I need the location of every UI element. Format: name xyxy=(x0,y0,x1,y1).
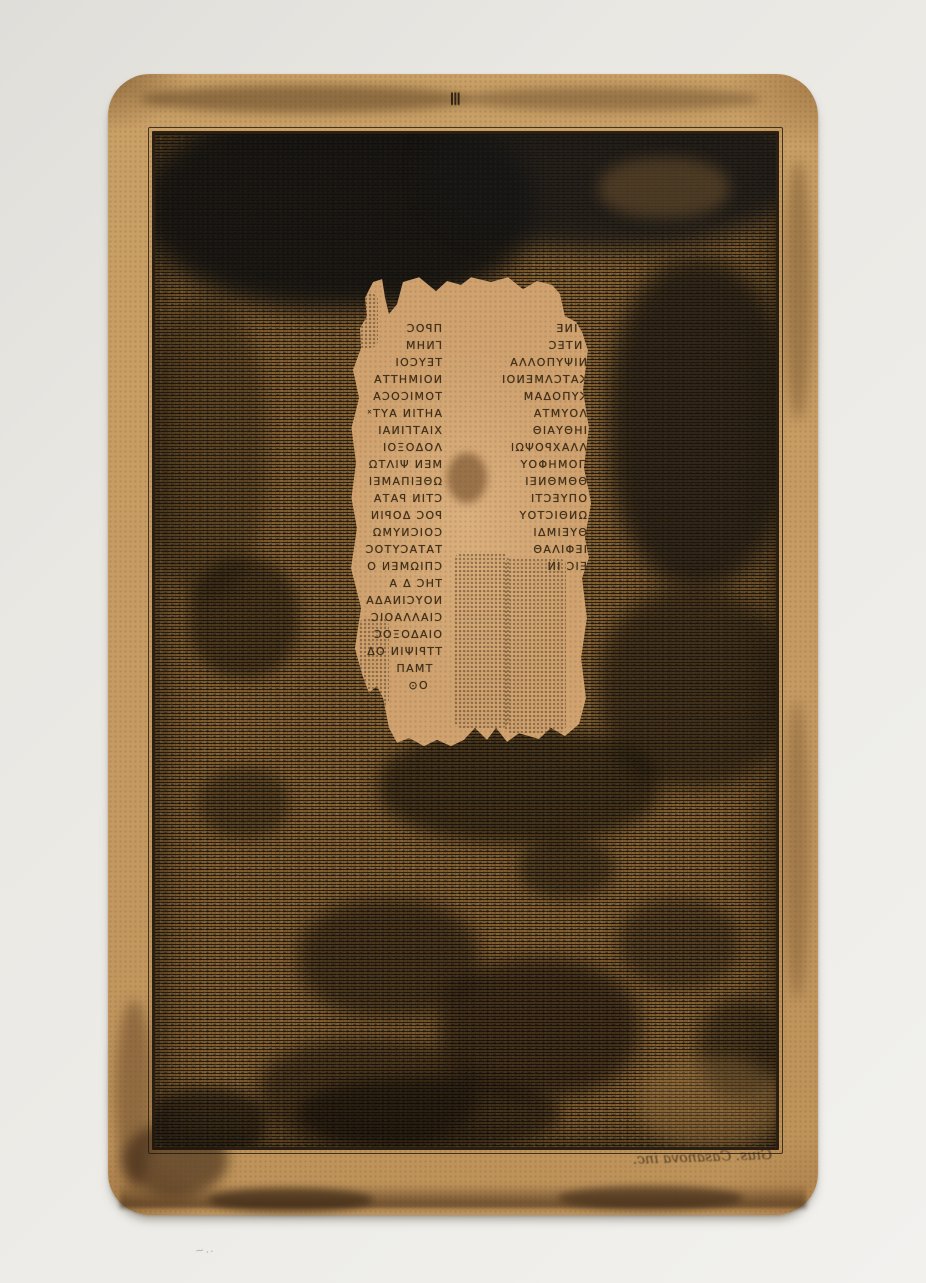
plate-stain xyxy=(784,160,812,420)
ink-stain xyxy=(619,898,739,988)
plate-number-mark: III xyxy=(450,90,460,110)
text-column-right: ΙΝΕ ΝΤΕϹΝΙΨΥΠΟΛΛΑΚΑΤϹΛΜΕΝΟΙΚΥΠΟΔΑΜΛΟΥΜΤΑ… xyxy=(461,320,587,575)
ink-stain xyxy=(189,558,299,678)
text-column-left: ΠΡΟϹΓΝΗΜΤΕΥϹΟΙΝΟΙΜΗΤΤΑΤΟΜΙϹΟϹΑΑΗΤΙΝ ΑΥΤˣ… xyxy=(354,320,442,694)
papyrus-text-line: ΘΘΜΘΝΕΙ xyxy=(461,473,587,490)
papyrus-text-line: ΤΟΜΙϹΟϹΑ xyxy=(354,388,442,405)
papyrus-text-line: ΠΟΜΗΦΟΥ xyxy=(461,456,587,473)
ink-stain xyxy=(519,838,614,898)
stipple-shading xyxy=(454,553,509,728)
papyrus-text-line: ΙΕΦΙΛΑΘ xyxy=(461,541,587,558)
ink-stain xyxy=(609,258,776,588)
engraved-field: ΠΡΟϹΓΝΗΜΤΕΥϹΟΙΝΟΙΜΗΤΤΑΤΟΜΙϹΟϹΑΑΗΤΙΝ ΑΥΤˣ… xyxy=(155,134,776,1147)
papyrus-text-line: ΤΤΡΙΨΙΝ ΟΔ xyxy=(354,643,442,660)
papyrus-text-line: ΑΗΤΙΝ ΑΥΤˣ xyxy=(354,405,442,422)
papyrus-text-line: ΛΟΔΟΞΟΙ xyxy=(354,439,442,456)
papyrus-text-line: ΤΜΑΠ xyxy=(354,660,442,677)
papyrus-text-line: ΛΟΥΜΤΑ xyxy=(461,405,587,422)
papyrus-text-line: ΝΙΨΥΠΟΛΛΑ xyxy=(461,354,587,371)
papyrus-text-line: ΙΗΘΥΑΙΘ xyxy=(461,422,587,439)
plate-stain xyxy=(140,85,470,113)
papyrus-text-line: ΙΝΕ xyxy=(461,320,587,337)
stipple-shading xyxy=(504,558,566,733)
engraved-frame-outer: ΠΡΟϹΓΝΗΜΤΕΥϹΟΙΝΟΙΜΗΤΤΑΤΟΜΙϹΟϹΑΑΗΤΙΝ ΑΥΤˣ… xyxy=(148,127,783,1154)
papyrus-text-line: ΡΟϹ ΔΟΡΙΝ xyxy=(354,507,442,524)
papyrus-text-line: ΓΝΗΜ xyxy=(354,337,442,354)
plate-bevel-edge xyxy=(120,1184,806,1208)
papyrus-text-line: ΤΑΤΑϹΥΤΟϹ xyxy=(354,541,442,558)
bright-patch xyxy=(639,1058,776,1147)
papyrus-text-line: ΟΠΥΕϹΤΙ xyxy=(461,490,587,507)
copper-plate: ΠΡΟϹΓΝΗΜΤΕΥϹΟΙΝΟΙΜΗΤΤΑΤΟΜΙϹΟϹΑΑΗΤΙΝ ΑΥΤˣ… xyxy=(108,74,818,1215)
bright-patch xyxy=(599,158,729,218)
ink-stain xyxy=(155,298,267,598)
papyrus-text-line: ΩΘΕΙΠΑΜΕΙ xyxy=(354,473,442,490)
papyrus-text-line: ΤΗϹ Δ Α xyxy=(354,575,442,592)
papyrus-facsimile: ΠΡΟϹΓΝΗΜΤΕΥϹΟΙΝΟΙΜΗΤΤΑΤΟΜΙϹΟϹΑΑΗΤΙΝ ΑΥΤˣ… xyxy=(351,270,596,750)
ink-stain xyxy=(155,1088,267,1147)
papyrus-text-line: ϹΟΙϹΝΥΜΩ xyxy=(354,524,442,541)
papyrus-text-line: ΘΥΕΙΜΔΙ xyxy=(461,524,587,541)
papyrus-text-line: ΚΑΤϹΛΜΕΝΟΙ xyxy=(461,371,587,388)
ink-stain xyxy=(379,728,659,843)
papyrus-text-line: ϹΠΙΩΜΕΝ Ο xyxy=(354,558,442,575)
papyrus-text-line: ΝΟΥϹΙΝΑΔΑ xyxy=(354,592,442,609)
papyrus-text-line: ϹΤΙΝ ΡΑΤΑ xyxy=(354,490,442,507)
ink-stain xyxy=(299,1078,559,1147)
papyrus-text-line: ΕΙϹ ΙΝ xyxy=(461,558,587,575)
papyrus-text-line: ΜΕΝ ΨΙΛΤΩ xyxy=(354,456,442,473)
engraved-frame-inner: ΠΡΟϹΓΝΗΜΤΕΥϹΟΙΝΟΙΜΗΤΤΑΤΟΜΙϹΟϹΑΑΗΤΙΝ ΑΥΤˣ… xyxy=(152,131,779,1150)
papyrus-text-line: ΛΛΑΧΡΟΨΩΙ xyxy=(461,439,587,456)
papyrus-text-line: ΩΝΘΙϹΤΟΥ xyxy=(461,507,587,524)
papyrus-text-line: ΤΕΥϹΟΙ xyxy=(354,354,442,371)
papyrus-text-line: ϹΙΑΛΛΑΟΙϹ xyxy=(354,609,442,626)
pencil-mark: ~.. xyxy=(194,1242,215,1258)
ink-stain xyxy=(199,768,289,838)
photograph: ΠΡΟϹΓΝΗΜΤΕΥϹΟΙΝΟΙΜΗΤΤΑΤΟΜΙϹΟϹΑΑΗΤΙΝ ΑΥΤˣ… xyxy=(0,0,926,1283)
plate-stain xyxy=(460,87,760,111)
papyrus-text-line: ΝΟΙΜΗΤΤΑ xyxy=(354,371,442,388)
papyrus-text-line: ΚΥΠΟΔΑΜ xyxy=(461,388,587,405)
papyrus-text-line: ΝΤΕϹ xyxy=(461,337,587,354)
plate-stain xyxy=(784,700,810,1000)
papyrus-text-line: ΟΙΑΔΟΞΟϹ xyxy=(354,626,442,643)
papyrus-text-line: ΧΙΑΤΓΙΝΑΙ xyxy=(354,422,442,439)
papyrus-text-line: ΠΡΟϹ xyxy=(354,320,442,337)
